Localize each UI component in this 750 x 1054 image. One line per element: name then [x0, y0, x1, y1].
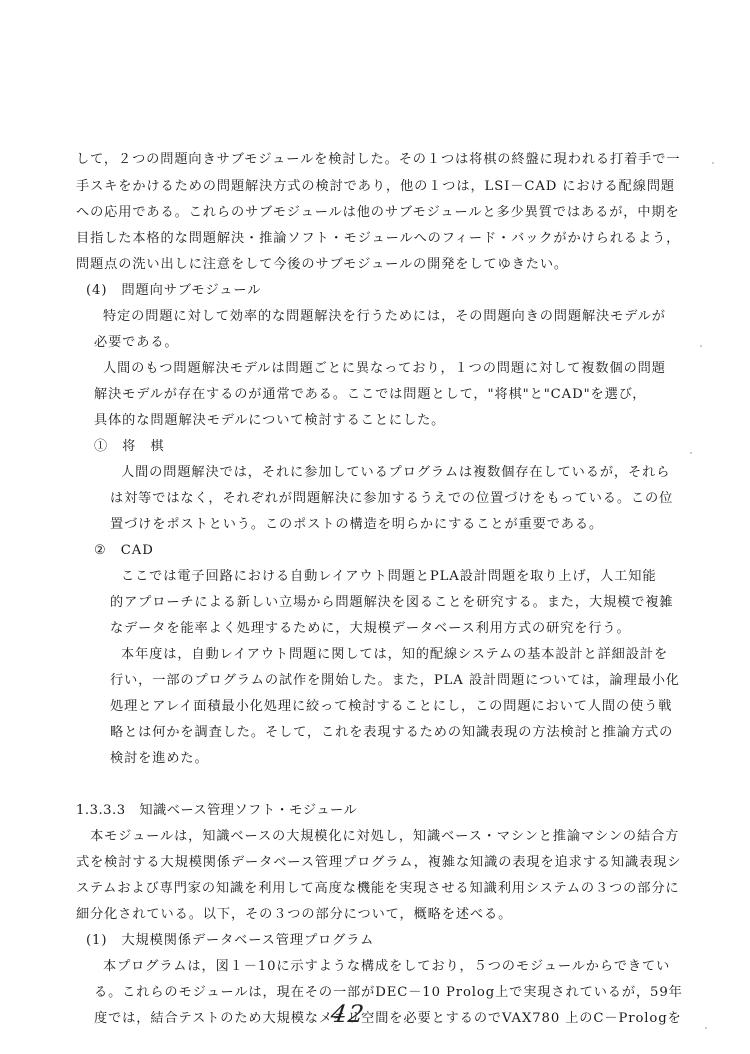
text-line: (1) 大規模関係データベース管理プログラム	[86, 933, 374, 949]
text-line: 本年度は，自動レイアウト問題に関しては，知的配線システムの基本設計と詳細設計を	[121, 647, 668, 663]
document-page: して，２つの問題向きサブモジュールを検討した。その１つは将棋の終盤に現われる打着…	[0, 0, 750, 1054]
text-line: 必要である。	[94, 335, 179, 351]
text-line: る。これらのモジュールは，現在その一部がDEC－10 Prolog上で実現されて…	[94, 985, 683, 1001]
text-line: して，２つの問題向きサブモジュールを検討した。その１つは将棋の終盤に現われる打着…	[76, 152, 680, 168]
text-line: 行い，一部のプログラムの試作を開始した。また，PLA 設計問題については，論理最…	[110, 673, 680, 689]
scan-speck	[712, 162, 714, 164]
text-line: ステムおよび専門家の知識を利用して高度な機能を実現させる知識利用システムの３つの…	[76, 881, 680, 897]
text-line: は対等ではなく，それぞれが問題解決に参加するうえでの位置づけをもっている。この位	[110, 491, 673, 507]
text-line: ここでは電子回路における自動レイアウト問題とPLA設計問題を取り上げ，人工知能	[121, 569, 656, 585]
text-line: 特定の問題に対して効率的な問題解決を行うためには，その問題向きの問題解決モデルが	[103, 309, 666, 325]
text-line: 問題点の洗い出しに注意をして今後のサブモジュールの開発をしてゆきたい。	[76, 257, 568, 273]
text-line: 細分化されている。以下，その３つの部分について，概略を述べる。	[76, 907, 512, 923]
text-line: 略とは何かを調査した。そして，これを表現するための知識表現の方法検討と推論方式の	[110, 725, 673, 741]
page-number: 42	[329, 1000, 367, 1028]
text-line: 本モジュールは，知識ベースの大規模化に対処し，知識ベース・マシンと推論マシンの結…	[76, 829, 679, 845]
scan-speck	[705, 1027, 707, 1029]
text-line: 処理とアレイ面積最小化処理に絞って検討することにし，この問題において人間の使う戦	[110, 699, 672, 715]
text-line: への応用である。これらのサブモジュールは他のサブモジュールと多少異質ではあるが，…	[76, 205, 680, 221]
text-line: (4) 問題向サブモジュール	[86, 283, 261, 299]
text-line: 置づけをポストという。このポストの構造を明らかにすることが重要である。	[110, 517, 603, 533]
text-line: 的アプローチによる新しい立場から問題解決を図ることを研究する。また，大規模で複雑	[110, 595, 674, 611]
text-line: 解決モデルが存在するのが通常である。ここでは問題として，"将棋"と"CAD"を選…	[94, 387, 646, 403]
text-line: ② CAD	[94, 543, 154, 559]
scan-speck	[700, 345, 702, 347]
text-line: 目指した本格的な問題解決・推論ソフト・モジュールへのフィード・バックがかけられる…	[76, 231, 680, 247]
text-line: 手スキをかけるための問題解決方式の検討であり，他の１つは，LSI－CAD におけ…	[76, 179, 675, 195]
text-line: 検討を進めた。	[110, 751, 209, 767]
section-heading: 1.3.3.3 知識ベース管理ソフト・モジュール	[76, 803, 357, 819]
scan-speck	[690, 452, 692, 454]
text-line: 式を検討する大規模関係データベース管理プログラム，複雑な知識の表現を追求する知識…	[76, 855, 681, 871]
text-line: 本プログラムは，図１－10に示すような構成をしており，５つのモジュールからできて…	[103, 959, 670, 975]
text-line: 具体的な問題解決モデルについて検討することにした。	[94, 413, 445, 429]
text-line: 人間の問題解決では，それに参加しているプログラムは複数個存在しているが，それら	[121, 465, 670, 481]
text-line: ① 将 棋	[94, 439, 164, 455]
text-line: なデータを能率よく処理するために，大規模データベース利用方式の研究を行う。	[110, 621, 631, 637]
text-line: 度では，結合テストのため大規模なメモリ空間を必要とするのでVAX780 上のC－…	[94, 1011, 682, 1027]
text-line: 人間のもつ問題解決モデルは問題ごとに異なっており，１つの問題に対して複数個の問題	[103, 361, 666, 377]
